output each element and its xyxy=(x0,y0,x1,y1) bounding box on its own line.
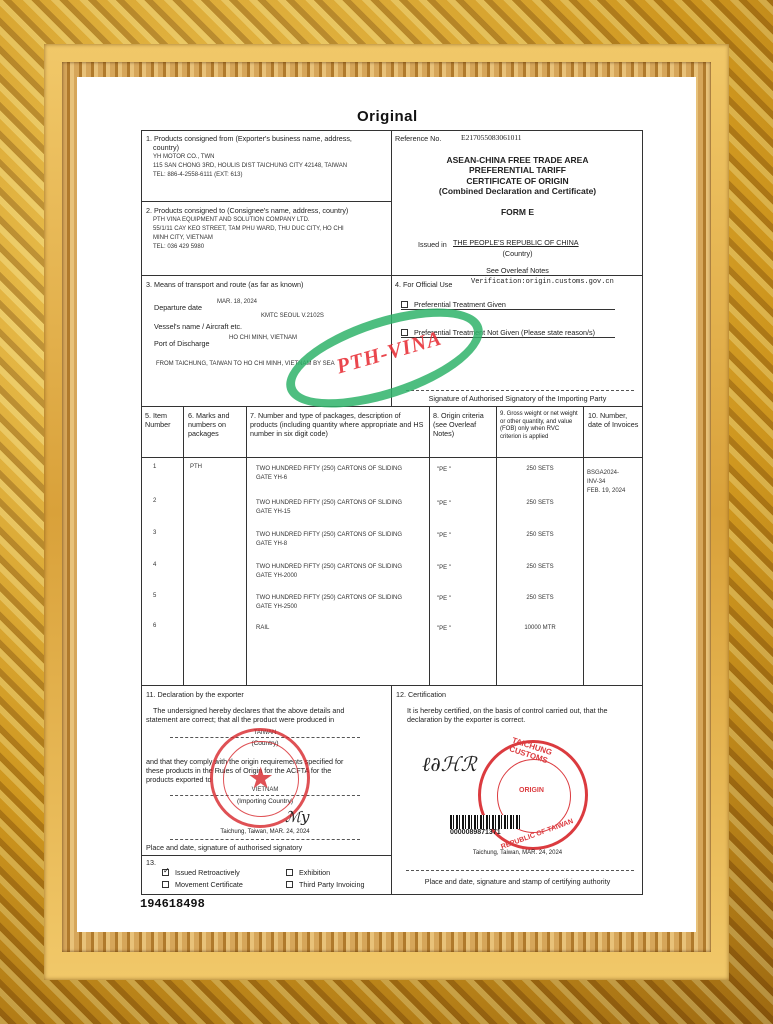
declaration-label: 11. Declaration by the exporter xyxy=(146,690,244,699)
preferential-given-checkbox[interactable] xyxy=(401,301,408,308)
consignee-label: 2. Products consigned to (Consignee's na… xyxy=(146,206,348,215)
header-marks: 6. Marks and numbers on packages xyxy=(188,411,244,438)
issued-retroactively-checkbox[interactable] xyxy=(162,869,169,876)
header-item-number: 5. Item Number xyxy=(145,411,183,429)
barcode-number: 0000089871371 xyxy=(450,829,501,838)
consignee-address-line1: 55/1/11 CAY KEO STREET, TAM PHU WARD, TH… xyxy=(153,225,344,233)
certifier-place-date: Taichung, Taiwan, MAR. 24, 2024 xyxy=(395,850,640,858)
divider xyxy=(141,201,391,202)
port-of-discharge-label: Port of Discharge xyxy=(154,339,210,348)
signature-line xyxy=(406,390,634,391)
third-party-invoicing-label: Third Party Invoicing xyxy=(299,880,365,889)
description-line2: GATE YH-2000 xyxy=(256,572,297,580)
option-issued-retroactively[interactable]: Issued Retroactively xyxy=(162,868,240,877)
option-exhibition[interactable]: Exhibition xyxy=(286,868,330,877)
verification-url: Verification:origin.customs.gov.cn xyxy=(471,278,614,287)
quantity: 250 SETS xyxy=(497,465,583,473)
movement-certificate-checkbox[interactable] xyxy=(162,881,169,888)
reference-number: E217055083061011 xyxy=(461,133,522,142)
exporter-signature: ℳy xyxy=(285,808,310,826)
certification-text-2: declaration by the exporter is correct. xyxy=(407,715,525,724)
box13-label: 13. xyxy=(146,858,156,867)
invoice-number-line1: BSGA2024- xyxy=(587,469,619,477)
origin-criteria: "PE " xyxy=(437,500,451,508)
dash-line xyxy=(170,839,360,840)
description-line1: TWO HUNDRED FIFTY (250) CARTONS OF SLIDI… xyxy=(256,594,402,602)
certifier-signature-caption: Place and date, signature and stamp of c… xyxy=(395,877,640,886)
divider xyxy=(183,406,184,685)
official-use-label: 4. For Official Use xyxy=(395,280,452,289)
title-line-1: ASEAN-CHINA FREE TRADE AREA xyxy=(395,155,640,165)
description-line2: GATE YH-2500 xyxy=(256,603,297,611)
description-line1: RAIL xyxy=(256,624,269,632)
declaration-text-5: products exported to xyxy=(146,775,212,784)
exporter-address: 115 SAN CHONG 3RD, HOULIS DIST TAICHUNG … xyxy=(153,162,347,170)
issued-retroactively-label: Issued Retroactively xyxy=(175,868,240,877)
barcode xyxy=(450,815,520,829)
divider xyxy=(496,406,497,685)
divider xyxy=(141,457,643,458)
origin-criteria: "PE " xyxy=(437,466,451,474)
stamp-center-text: ORIGIN xyxy=(519,787,544,794)
option-movement-certificate[interactable]: Movement Certificate xyxy=(162,880,243,889)
item-number: 1 xyxy=(153,463,156,471)
document-title: Original xyxy=(357,108,418,125)
header-description: 7. Number and type of packages, descript… xyxy=(250,411,428,438)
transport-label: 3. Means of transport and route (as far … xyxy=(146,280,303,289)
divider xyxy=(429,406,430,685)
star-icon: ★ xyxy=(249,763,272,794)
description-line1: TWO HUNDRED FIFTY (250) CARTONS OF SLIDI… xyxy=(256,499,402,507)
divider xyxy=(246,406,247,685)
item-number: 2 xyxy=(153,497,156,505)
exporter-tel: TEL: 886-4-2558-6111 (EXT: 613) xyxy=(153,171,243,179)
movement-certificate-label: Movement Certificate xyxy=(175,880,243,889)
invoice-date: FEB. 19, 2024 xyxy=(587,487,625,495)
declaration-text-1: The undersigned hereby declares that the… xyxy=(153,706,344,715)
quantity: 10000 MTR xyxy=(497,624,583,632)
item-number: 6 xyxy=(153,622,156,630)
divider xyxy=(583,406,584,685)
description-line1: TWO HUNDRED FIFTY (250) CARTONS OF SLIDI… xyxy=(256,465,402,473)
vessel-label: Vessel's name / Aircraft etc. xyxy=(154,322,242,331)
consignee-name: PTH VINA EQUIPMENT AND SOLUTION COMPANY … xyxy=(153,216,310,224)
importing-signature-caption: Signature of Authorised Signatory of the… xyxy=(395,394,640,403)
description-line2: GATE YH-8 xyxy=(256,540,287,548)
exporter-label-line2: country) xyxy=(153,143,179,152)
officer-signature: ℓ∂ℋℛ xyxy=(422,752,476,777)
description-line2: GATE YH-6 xyxy=(256,474,287,482)
description-line1: TWO HUNDRED FIFTY (250) CARTONS OF SLIDI… xyxy=(256,531,402,539)
divider xyxy=(391,685,392,895)
description-line2: GATE YH-15 xyxy=(256,508,290,516)
certificate-title: ASEAN-CHINA FREE TRADE AREA PREFERENTIAL… xyxy=(395,155,640,196)
third-party-invoicing-checkbox[interactable] xyxy=(286,881,293,888)
item-number: 3 xyxy=(153,529,156,537)
invoice-number-line2: INV-34 xyxy=(587,478,605,486)
issued-in-country: THE PEOPLE'S REPUBLIC OF CHINA xyxy=(453,238,579,247)
certification-text-1: It is hereby certified, on the basis of … xyxy=(407,706,608,715)
departure-date-label: Departure date xyxy=(154,303,202,312)
serial-number: 194618498 xyxy=(140,897,205,912)
exhibition-label: Exhibition xyxy=(299,868,330,877)
origin-criteria: "PE " xyxy=(437,564,451,572)
country-caption: (Country) xyxy=(395,249,640,258)
origin-criteria: "PE " xyxy=(437,532,451,540)
title-line-2: PREFERENTIAL TARIFF xyxy=(395,165,640,175)
exporter-name: YH MOTOR CO., TWN xyxy=(153,153,214,161)
divider xyxy=(141,406,643,407)
title-line-3: CERTIFICATE OF ORIGIN xyxy=(395,176,640,186)
origin-criteria: "PE " xyxy=(437,595,451,603)
marks-value: PTH xyxy=(190,463,202,471)
reference-label: Reference No. xyxy=(395,134,441,143)
divider xyxy=(141,275,643,276)
quantity: 250 SETS xyxy=(497,594,583,602)
header-origin-criteria: 8. Origin criteria (see Overleaf Notes) xyxy=(433,411,495,438)
quantity: 250 SETS xyxy=(497,563,583,571)
item-number: 4 xyxy=(153,561,156,569)
item-number: 5 xyxy=(153,592,156,600)
option-third-party-invoicing[interactable]: Third Party Invoicing xyxy=(286,880,365,889)
departure-date-value: MAR. 18, 2024 xyxy=(217,298,257,306)
quantity: 250 SETS xyxy=(497,531,583,539)
issued-in-label: Issued in xyxy=(418,240,447,249)
vessel-value: KMTC SEOUL V.2102S xyxy=(261,312,324,320)
divider xyxy=(141,855,391,856)
exporter-signature-caption: Place and date, signature of authorised … xyxy=(146,843,302,852)
exporter-label-line1: 1. Products consigned from (Exporter's b… xyxy=(146,134,352,143)
form-e-label: FORM E xyxy=(395,207,640,218)
header-gross-weight: 9. Gross weight or net weight or other q… xyxy=(500,411,582,441)
exhibition-checkbox[interactable] xyxy=(286,869,293,876)
header-invoices: 10. Number, date of Invoices xyxy=(588,411,640,429)
consignee-address-line2: MINH CITY, VIETNAM xyxy=(153,234,213,242)
overleaf-notes: See Overleaf Notes xyxy=(395,266,640,275)
title-line-4: (Combined Declaration and Certificate) xyxy=(395,186,640,196)
consignee-tel: TEL: 036 429 5980 xyxy=(153,243,204,251)
port-of-discharge-value: HO CHI MINH, VIETNAM xyxy=(229,334,297,342)
quantity: 250 SETS xyxy=(497,499,583,507)
description-line1: TWO HUNDRED FIFTY (250) CARTONS OF SLIDI… xyxy=(256,563,402,571)
declaration-text-2: statement are correct; that all the prod… xyxy=(146,715,334,724)
origin-criteria: "PE " xyxy=(437,625,451,633)
certification-label: 12. Certification xyxy=(396,690,446,699)
exporter-place-date: Taichung, Taiwan, MAR. 24, 2024 xyxy=(170,829,360,837)
dash-line xyxy=(406,870,634,871)
